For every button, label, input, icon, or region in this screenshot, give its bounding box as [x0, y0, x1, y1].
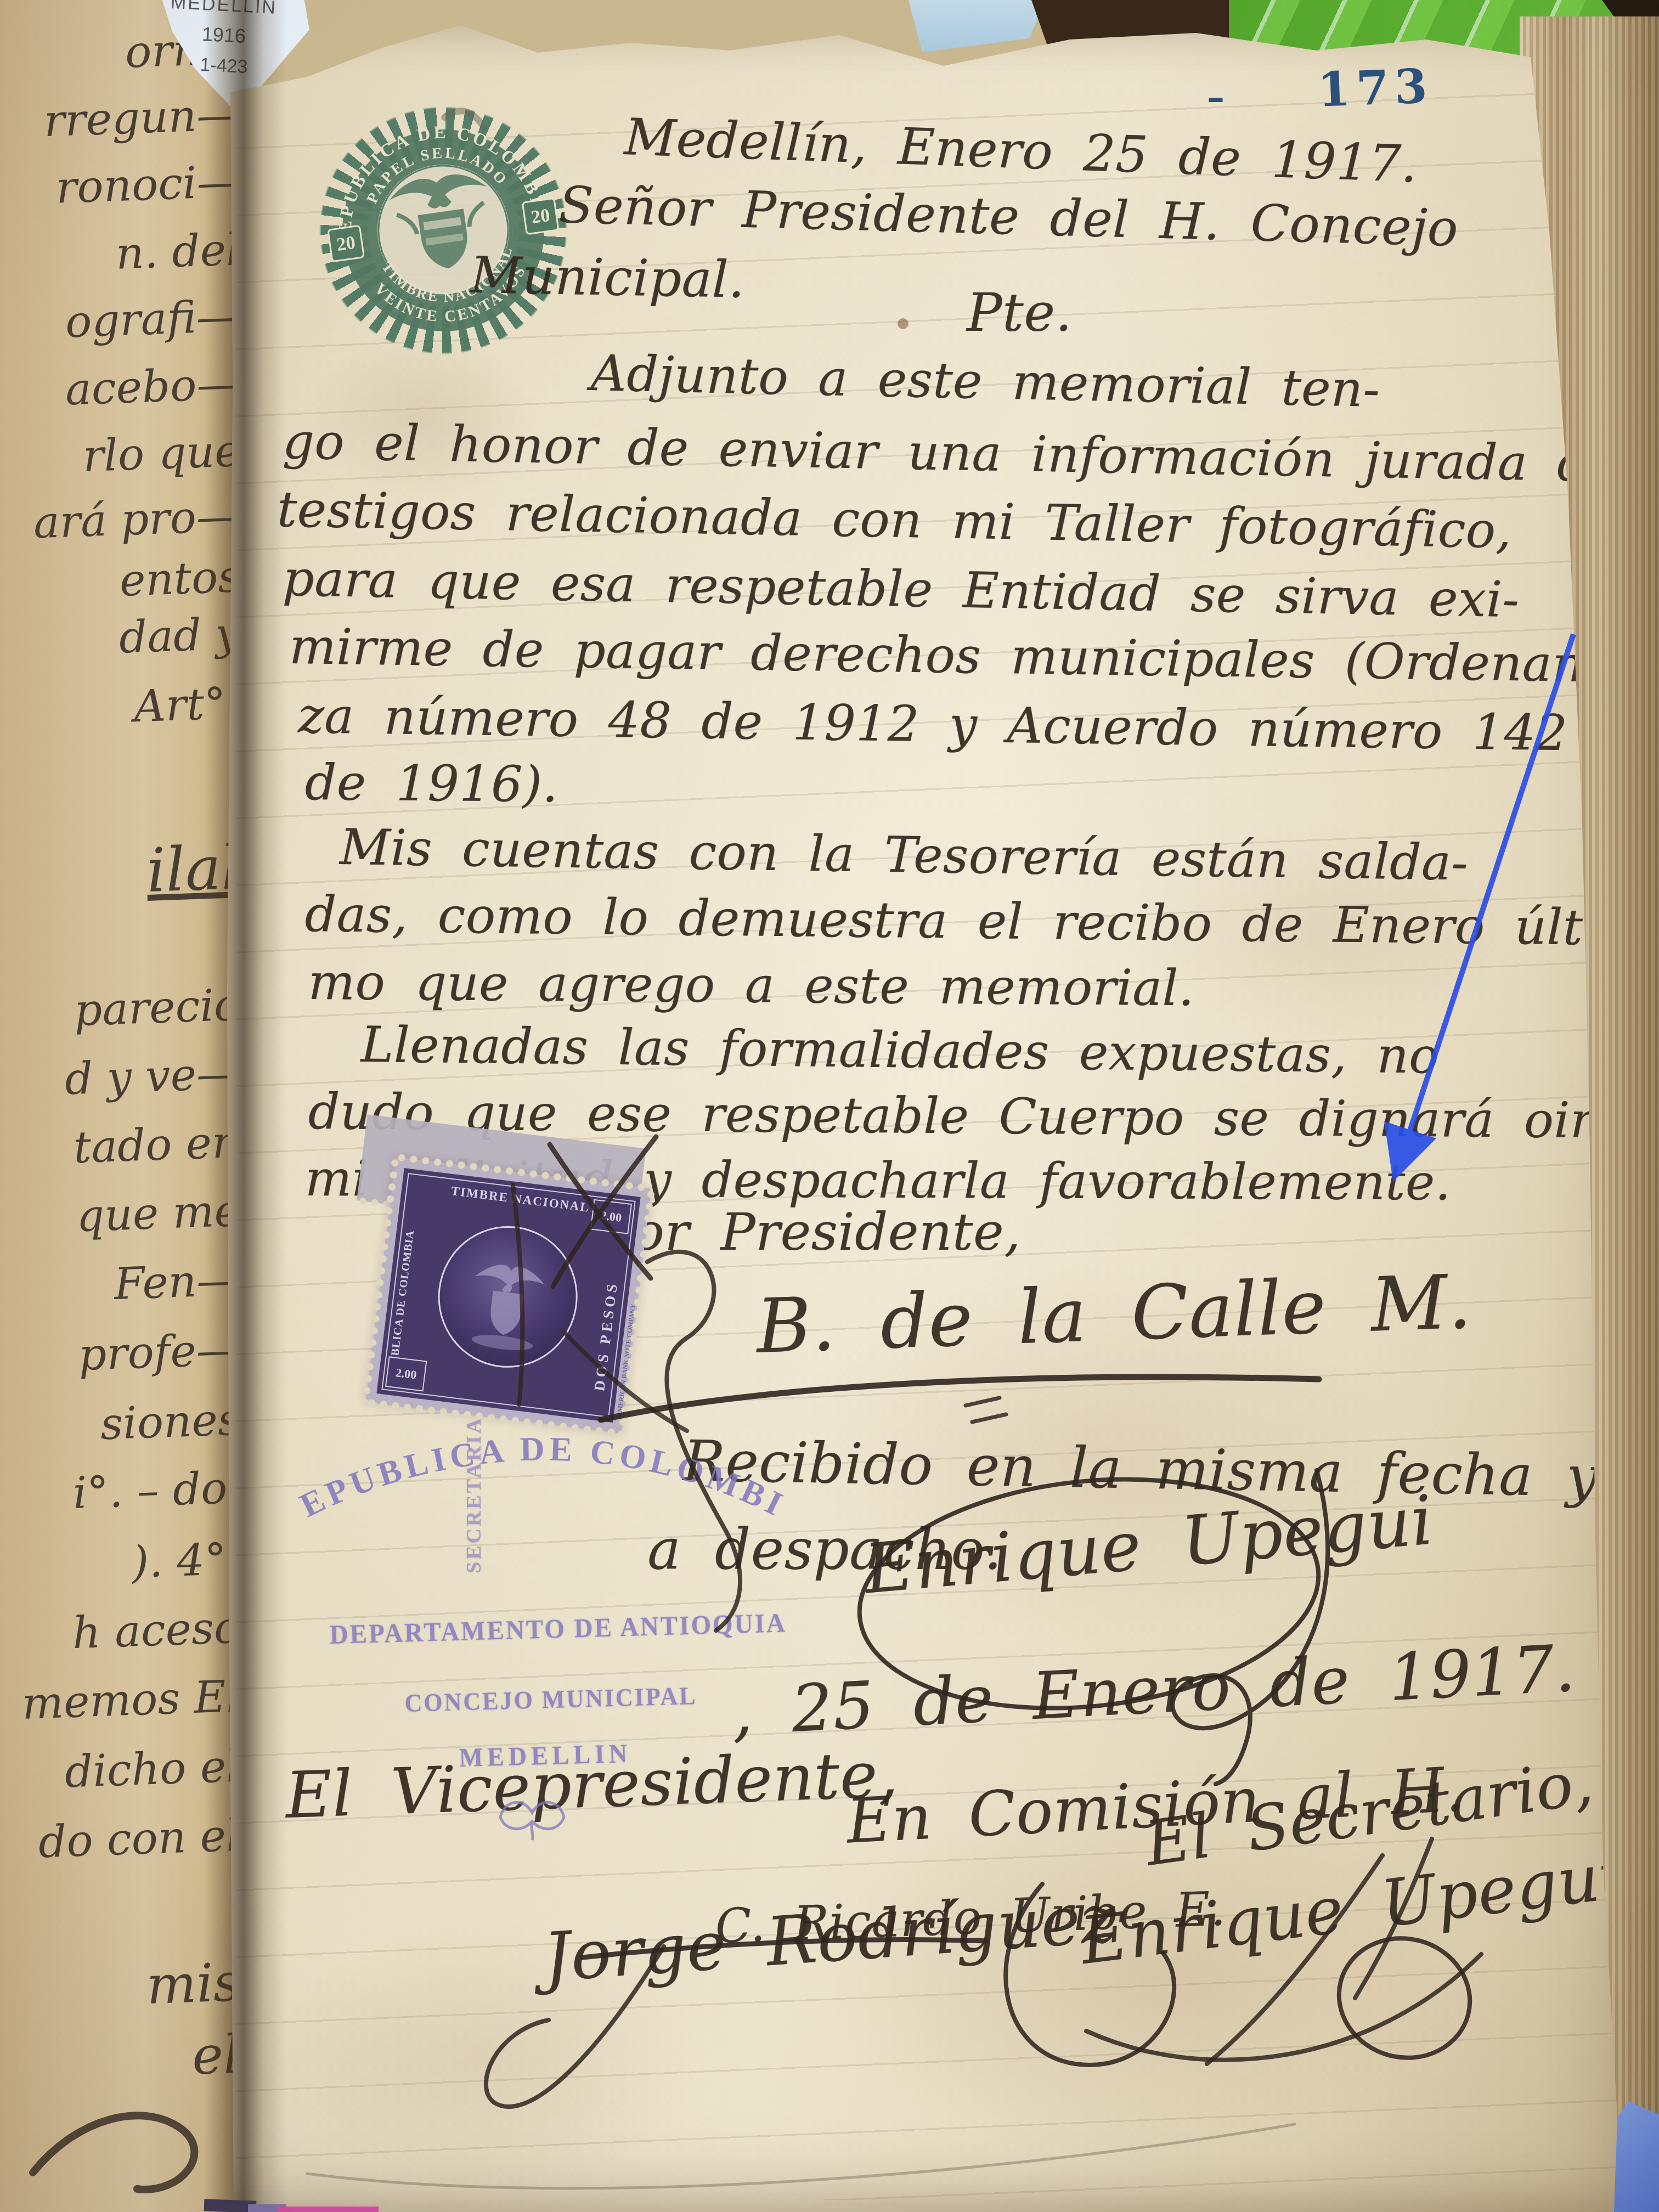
left-page-fragment: ografi— — [65, 290, 241, 347]
left-page-fragment: ará pro— — [33, 490, 241, 548]
document-page: – 173 REPUBLICA DE COLOMBIA PAPEL SELLAD… — [0, 0, 1659, 2212]
bottom-magenta-sliver — [277, 2207, 379, 2212]
left-page-fragment: ). 4°. — [131, 1533, 241, 1588]
left-page-fragment: que me — [76, 1185, 241, 1242]
left-page-fragment: profe— — [78, 1324, 241, 1380]
left-page-fragment: Art°. — [133, 678, 241, 732]
previous-page: orma rregun— ronoci— n. del ografi— aceb… — [0, 0, 259, 2212]
left-page-fragment: mis — [145, 1951, 241, 2016]
left-page-fragment: dicho el — [64, 1740, 241, 1797]
left-page-fragment: d y ve— — [64, 1047, 241, 1104]
pen-flourishes — [0, 0, 1659, 2212]
left-page-fragment: h aceso — [71, 1602, 241, 1659]
left-page-fragment: ilal — [145, 832, 241, 906]
left-page-fragment: Fen— — [113, 1254, 241, 1310]
left-page-fragment: do con el — [38, 1810, 241, 1868]
left-page-fragment: siones — [100, 1394, 241, 1450]
left-page-fragment: entos — [119, 551, 241, 606]
left-page-fragment: ronoci— — [55, 156, 241, 213]
sky-gap — [909, 0, 1046, 55]
left-page-fragment: acebo— — [64, 358, 241, 415]
archival-photo: orma rregun— ronoci— n. del ografi— aceb… — [0, 0, 1659, 2212]
left-page-fragment: rlo que — [82, 425, 241, 482]
left-page-fragment: n. del — [115, 224, 241, 279]
left-page-fragment: pareció — [73, 979, 241, 1036]
left-page-flourish — [0, 2052, 259, 2212]
left-page-fragment: tado en — [73, 1116, 241, 1173]
left-page-fragment: dad y — [119, 608, 241, 663]
left-page-fragment: rregun— — [43, 89, 241, 146]
left-page-fragment: memos El — [21, 1671, 241, 1729]
left-page-fragment: i°. – do. — [72, 1462, 241, 1519]
